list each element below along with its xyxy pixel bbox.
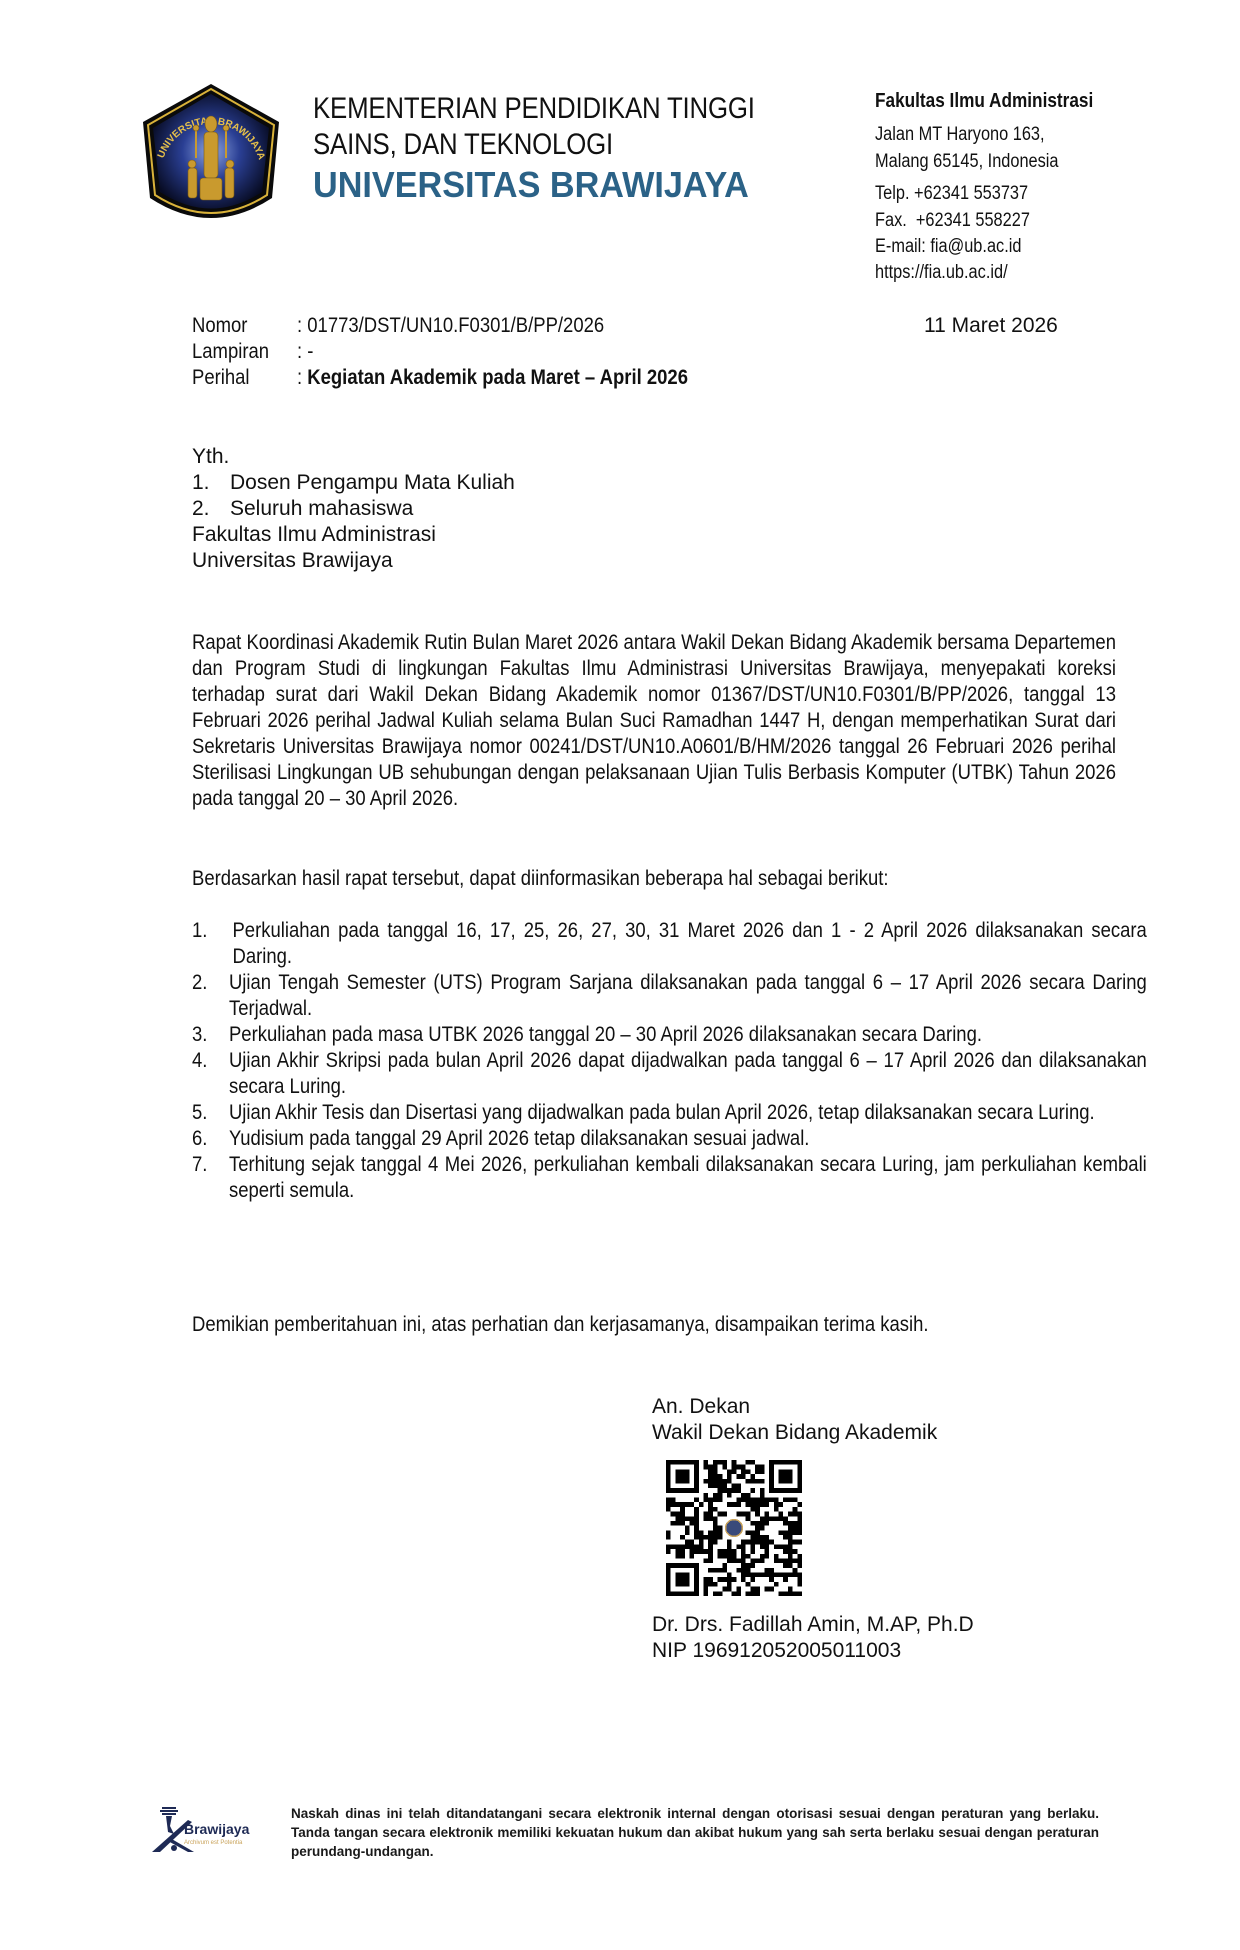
email-address: E-mail: fia@ub.ac.id xyxy=(875,236,1021,258)
list-item-text: Yudisium pada tanggal 29 April 2026 teta… xyxy=(229,1126,1147,1152)
list-item: 5. Ujian Akhir Tesis dan Disertasi yang … xyxy=(192,1100,1147,1126)
recipient-number: 1. xyxy=(192,470,230,496)
recipients-block: Yth. 1. Dosen Pengampu Mata Kuliah 2. Se… xyxy=(192,444,515,574)
recipient-org-line1: Fakultas Ilmu Administrasi xyxy=(192,522,515,548)
body-paragraph-2: Berdasarkan hasil rapat tersebut, dapat … xyxy=(192,866,1160,892)
closing-sentence: Demikian pemberitahuan ini, atas perhati… xyxy=(192,1312,1160,1338)
nomor-value: : 01773/DST/UN10.F0301/B/PP/2026 xyxy=(297,314,604,338)
list-item: 1. Perkuliahan pada tanggal 16, 17, 25, … xyxy=(192,918,1147,970)
list-item-number: 5. xyxy=(192,1100,229,1126)
list-item-text: Ujian Akhir Tesis dan Disertasi yang dij… xyxy=(229,1100,1147,1126)
university-logo-icon: UNIVERSITAS BRAWIJAYA xyxy=(140,82,282,230)
address-line1: Jalan MT Haryono 163, xyxy=(875,124,1045,146)
list-item-number: 3. xyxy=(192,1022,229,1048)
list-item-text: Terhitung sejak tanggal 4 Mei 2026, perk… xyxy=(229,1152,1147,1204)
recipient-org-line2: Universitas Brawijaya xyxy=(192,548,515,574)
perihal-subject: Kegiatan Akademik pada Maret – April 202… xyxy=(307,366,688,389)
list-item: 7. Terhitung sejak tanggal 4 Mei 2026, p… xyxy=(192,1152,1147,1204)
recipient-item: 2. Seluruh mahasiswa xyxy=(192,496,515,522)
brawijaya-archive-logo-icon: Brawijaya Archivum est Potentia xyxy=(150,1806,280,1856)
recipient-text: Dosen Pengampu Mata Kuliah xyxy=(230,470,515,496)
fax-number: Fax. +62341 558227 xyxy=(875,210,1030,232)
svg-text:Brawijaya: Brawijaya xyxy=(184,1821,250,1837)
letter-date: 11 Maret 2026 xyxy=(924,314,1058,338)
list-item-number: 7. xyxy=(192,1152,229,1204)
signer-name: Dr. Drs. Fadillah Amin, M.AP, Ph.D xyxy=(652,1612,974,1638)
website-link: https://fia.ub.ac.id/ xyxy=(875,262,1008,284)
ministry-name-line2: SAINS, DAN TEKNOLOGI xyxy=(313,128,613,162)
points-list: 1. Perkuliahan pada tanggal 16, 17, 25, … xyxy=(192,918,1147,1204)
list-item: 6. Yudisium pada tanggal 29 April 2026 t… xyxy=(192,1126,1147,1152)
list-item-text: Perkuliahan pada masa UTBK 2026 tanggal … xyxy=(229,1022,1147,1048)
on-behalf-label: An. Dekan xyxy=(652,1394,937,1420)
recipient-number: 2. xyxy=(192,496,230,522)
perihal-prefix: : xyxy=(297,366,307,389)
signer-position: Wakil Dekan Bidang Akademik xyxy=(652,1420,937,1446)
salutation: Yth. xyxy=(192,444,515,470)
signature-block: An. Dekan Wakil Dekan Bidang Akademik xyxy=(652,1394,937,1446)
list-item-text: Ujian Tengah Semester (UTS) Program Sarj… xyxy=(229,970,1147,1022)
faculty-name: Fakultas Ilmu Administrasi xyxy=(875,90,1093,113)
lampiran-label: Lampiran xyxy=(192,340,269,364)
list-item-number: 2. xyxy=(192,970,229,1022)
perihal-label: Perihal xyxy=(192,366,250,390)
list-item: 2. Ujian Tengah Semester (UTS) Program S… xyxy=(192,970,1147,1022)
list-item-text: Perkuliahan pada tanggal 16, 17, 25, 26,… xyxy=(229,918,1147,970)
electronic-signature-note: Naskah dinas ini telah ditandatangani se… xyxy=(291,1804,1099,1861)
lampiran-value: : - xyxy=(297,340,313,364)
phone-number: Telp. +62341 553737 xyxy=(875,183,1028,205)
list-item-text: Ujian Akhir Skripsi pada bulan April 202… xyxy=(229,1048,1147,1100)
ministry-name-line1: KEMENTERIAN PENDIDIKAN TINGGI xyxy=(313,92,755,126)
list-item-number: 6. xyxy=(192,1126,229,1152)
list-item: 4. Ujian Akhir Skripsi pada bulan April … xyxy=(192,1048,1147,1100)
signer-nip: NIP 196912052005011003 xyxy=(652,1638,974,1664)
recipient-text: Seluruh mahasiswa xyxy=(230,496,413,522)
body-paragraph-1: Rapat Koordinasi Akademik Rutin Bulan Ma… xyxy=(192,630,1116,812)
nomor-label: Nomor xyxy=(192,314,247,338)
university-name: UNIVERSITAS BRAWIJAYA xyxy=(313,164,749,206)
list-item: 3. Perkuliahan pada masa UTBK 2026 tangg… xyxy=(192,1022,1147,1048)
perihal-value: : Kegiatan Akademik pada Maret – April 2… xyxy=(297,366,688,390)
address-line2: Malang 65145, Indonesia xyxy=(875,151,1059,173)
recipient-item: 1. Dosen Pengampu Mata Kuliah xyxy=(192,470,515,496)
svg-text:Archivum est Potentia: Archivum est Potentia xyxy=(184,1840,243,1846)
list-item-number: 4. xyxy=(192,1048,229,1100)
signer-info: Dr. Drs. Fadillah Amin, M.AP, Ph.D NIP 1… xyxy=(652,1612,974,1664)
qr-code-icon xyxy=(666,1460,802,1596)
list-item-number: 1. xyxy=(192,918,229,970)
